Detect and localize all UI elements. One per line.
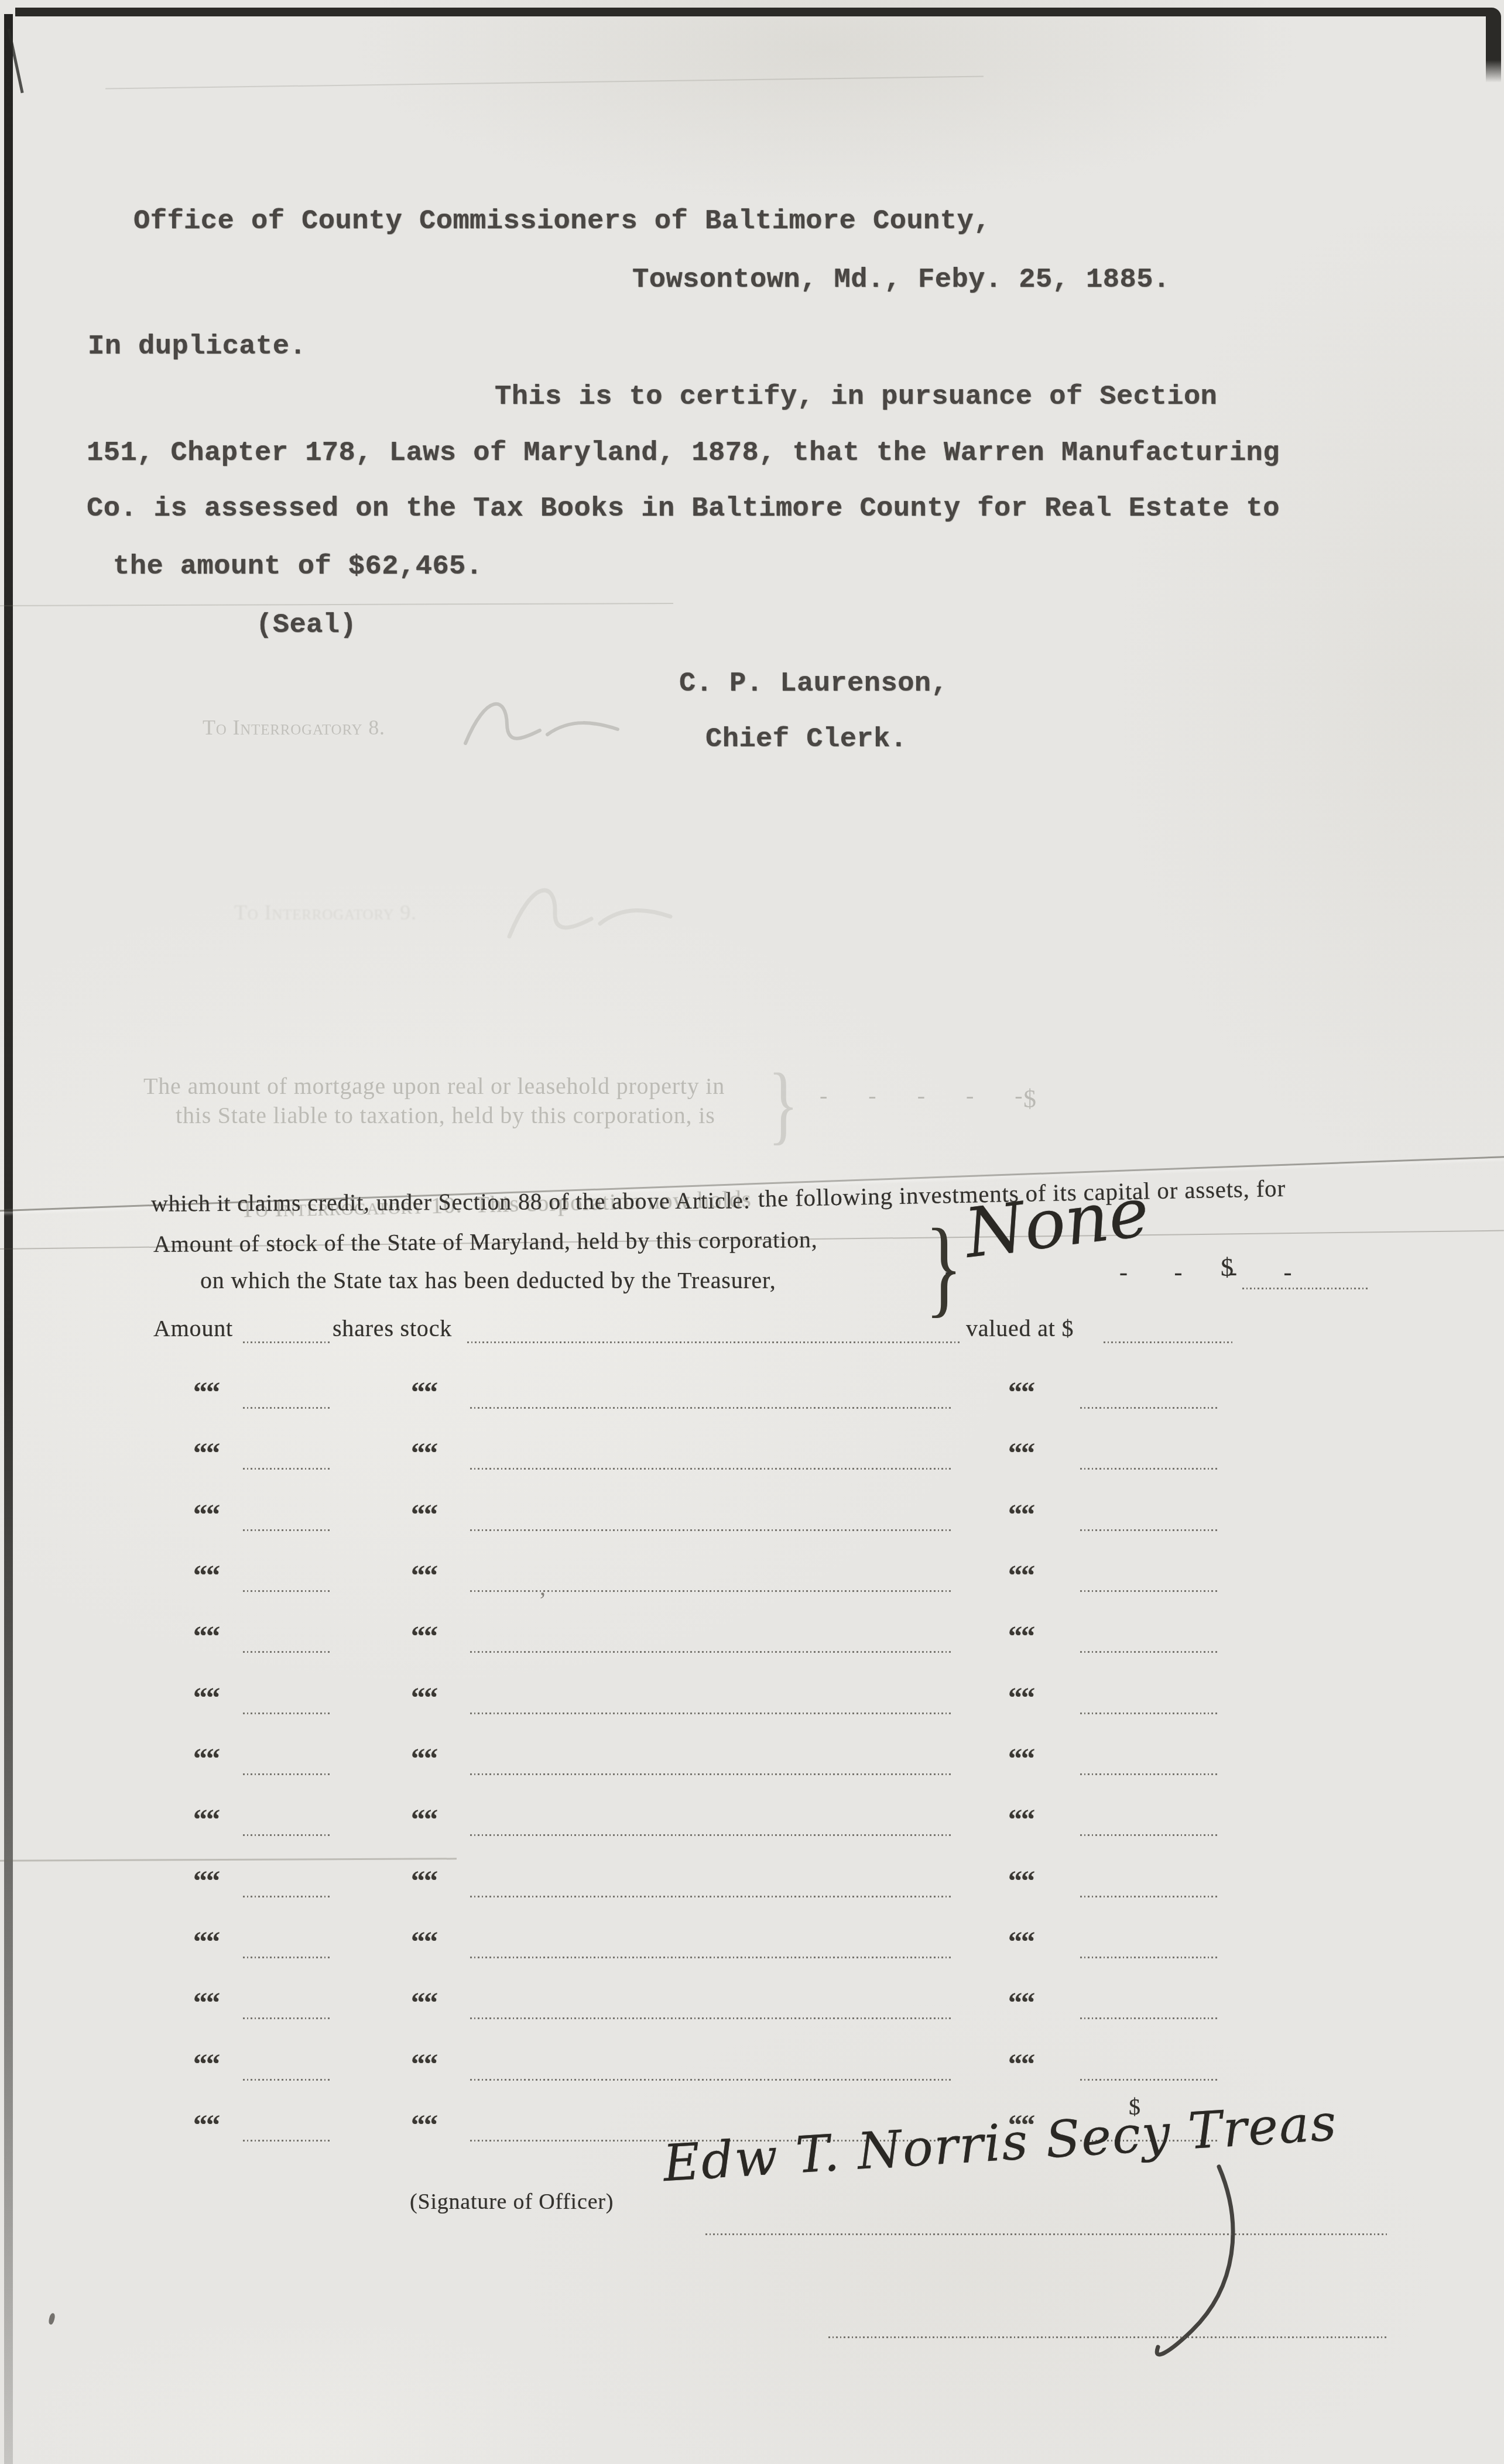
faint-signature-mark [486, 860, 679, 960]
ditto-mark: ““ [1008, 1743, 1034, 1775]
ditto-mark: ““ [193, 1621, 219, 1653]
faint-mortgage-brace: } [768, 1061, 799, 1148]
letter-seal-note: (Seal) [256, 610, 357, 641]
interrogatory-10-line2: which it claims credit, under Section 88… [151, 1186, 751, 1217]
fill-in-dotted-line [243, 1651, 330, 1653]
fill-in-dotted-line [470, 2017, 951, 2019]
fill-in-dotted-line [243, 1713, 330, 1714]
table-header-line-3 [1104, 1341, 1234, 1343]
fill-in-dotted-line [1080, 1957, 1219, 1958]
signature-flourish [1083, 2130, 1270, 2376]
crease-line [0, 1858, 457, 1861]
faint-mortgage-dashes: - - - - - [820, 1082, 1029, 1109]
ditto-mark: ““ [411, 2048, 437, 2081]
fill-in-dotted-line [1080, 1713, 1219, 1714]
fill-in-dotted-line [1080, 1468, 1219, 1470]
ditto-mark: ““ [1008, 1865, 1034, 1897]
crease-line [105, 76, 984, 90]
fill-in-dotted-line [470, 1468, 951, 1470]
faint-mortgage-line-1: The amount of mortgage upon real or leas… [143, 1072, 725, 1100]
letter-body-line-2: Co. is assessed on the Tax Books in Balt… [87, 493, 1280, 524]
letter-certify-line: This is to certify, in pursuance of Sect… [495, 382, 1217, 413]
fill-in-dotted-line [243, 1834, 330, 1836]
fill-in-dotted-line [1080, 2079, 1219, 2081]
ink-speck [48, 2312, 56, 2325]
faint-signature-mark [445, 679, 638, 767]
fill-in-dotted-line [1080, 1529, 1219, 1531]
fill-in-dotted-line [470, 1957, 951, 1958]
ditto-mark: ““ [411, 1743, 437, 1775]
fill-in-dotted-line [470, 1773, 951, 1775]
ditto-mark: ““ [193, 2109, 219, 2142]
ditto-mark: ““ [1008, 1560, 1034, 1592]
faint-mortgage-line-2: this State liable to taxation, held by t… [176, 1101, 715, 1129]
fill-in-dotted-line [470, 1713, 951, 1714]
fill-in-dotted-line [243, 1590, 330, 1592]
fill-in-dotted-line [243, 1957, 330, 1958]
scan-border-left [4, 14, 13, 2464]
table-header-line-1 [243, 1341, 330, 1343]
table-header-shares: shares stock [333, 1315, 452, 1342]
fill-in-dotted-line [1080, 1834, 1219, 1836]
ditto-mark: ““ [1008, 2048, 1034, 2081]
fill-in-dotted-line [470, 1896, 951, 1897]
signature-line [705, 2233, 1388, 2235]
ditto-mark: ““ [411, 1926, 437, 1958]
fill-in-dotted-line [470, 1651, 951, 1653]
table-header-amount: Amount [153, 1315, 233, 1342]
faint-interrogatory-9-label: To Interrogatory 9. [234, 900, 417, 925]
letter-body-line-3: the amount of $62,465. [113, 551, 483, 582]
ditto-mark: ““ [193, 1743, 219, 1775]
signature-line-2 [828, 2336, 1388, 2338]
letter-office-line: Office of County Commissioners of Baltim… [133, 206, 991, 237]
letter-signatory-title: Chief Clerk. [705, 724, 907, 755]
ditto-mark: ““ [1008, 1377, 1034, 1409]
ditto-mark: ““ [411, 1987, 437, 2019]
stray-ink-mark: , [540, 1573, 546, 1601]
fill-in-dotted-line [243, 1773, 330, 1775]
ditto-mark: ““ [193, 1499, 219, 1531]
fill-in-dotted-line [243, 1896, 330, 1897]
state-stock-dash-left: - [945, 1257, 954, 1285]
fill-in-dotted-line [243, 1407, 330, 1409]
fill-in-dotted-line [243, 2140, 330, 2142]
scan-border-top [15, 8, 1488, 16]
state-stock-dollar: $ [1221, 1252, 1234, 1282]
ditto-mark: ““ [411, 1437, 437, 1470]
ditto-mark: ““ [1008, 1437, 1034, 1470]
ditto-mark: ““ [411, 1865, 437, 1897]
ditto-mark: ““ [411, 1377, 437, 1409]
crease-line [0, 603, 673, 606]
ditto-mark: ““ [1008, 1926, 1034, 1958]
fill-in-dotted-line [1080, 1896, 1219, 1897]
ditto-mark: ““ [193, 1377, 219, 1409]
ditto-mark: ““ [411, 1804, 437, 1836]
letter-duplicate-note: In duplicate. [88, 331, 306, 362]
ditto-mark: ““ [1008, 1499, 1034, 1531]
state-stock-brace: } [925, 1213, 962, 1322]
fill-in-dotted-line [1080, 1651, 1219, 1653]
fill-in-dotted-line [243, 1468, 330, 1470]
fill-in-dotted-line [1080, 1590, 1219, 1592]
ditto-mark: ““ [1008, 1682, 1034, 1714]
state-stock-line-2: on which the State tax has been deducted… [200, 1267, 776, 1294]
ditto-mark: ““ [193, 1560, 219, 1592]
ditto-mark: ““ [411, 2109, 437, 2142]
faint-interrogatory-8-label: To Interrogatory 8. [203, 715, 385, 740]
ditto-mark: ““ [411, 1560, 437, 1592]
state-stock-line-1: Amount of stock of the State of Maryland… [153, 1226, 818, 1258]
ditto-mark: ““ [193, 1926, 219, 1958]
fill-in-dotted-line [243, 1529, 330, 1531]
table-header-line-2 [467, 1341, 961, 1343]
ditto-mark: ““ [411, 1499, 437, 1531]
signature-caption: (Signature of Officer) [410, 2189, 614, 2215]
ditto-mark: ““ [1008, 1804, 1034, 1836]
ditto-mark: ““ [411, 1621, 437, 1653]
ditto-mark: ““ [193, 2048, 219, 2081]
ditto-mark: ““ [1008, 1621, 1034, 1653]
fill-in-dotted-line [243, 2079, 330, 2081]
ditto-mark: ““ [193, 1804, 219, 1836]
fill-in-dotted-line [1080, 1407, 1219, 1409]
letter-body-line-1: 151, Chapter 178, Laws of Maryland, 1878… [87, 438, 1280, 469]
ditto-mark: ““ [411, 1682, 437, 1714]
faint-mortgage-dollar: $ [1023, 1084, 1037, 1114]
letter-dateline: Towsontown, Md., Feby. 25, 1885. [632, 265, 1170, 296]
fill-in-dotted-line [470, 1529, 951, 1531]
fill-in-dotted-line [470, 1590, 951, 1592]
fill-in-dotted-line [243, 2017, 330, 2019]
ditto-mark: ““ [1008, 1987, 1034, 2019]
ditto-mark: ““ [193, 1865, 219, 1897]
ditto-mark: ““ [193, 1437, 219, 1470]
scan-border-right-corner [1486, 8, 1501, 83]
fill-in-dotted-line [1080, 1773, 1219, 1775]
letter-signatory-name: C. P. Laurenson, [679, 668, 948, 699]
ditto-mark: ““ [193, 1682, 219, 1714]
state-stock-dashes-right: - - - - [1119, 1258, 1299, 1286]
state-stock-amount-line [1242, 1288, 1369, 1289]
fill-in-dotted-line [470, 1834, 951, 1836]
fill-in-dotted-line [470, 1407, 951, 1409]
fill-in-dotted-line [1080, 2017, 1219, 2019]
fill-in-dotted-line [470, 2079, 951, 2081]
table-header-valued: valued at $ [966, 1315, 1074, 1342]
ditto-mark: ““ [193, 1987, 219, 2019]
